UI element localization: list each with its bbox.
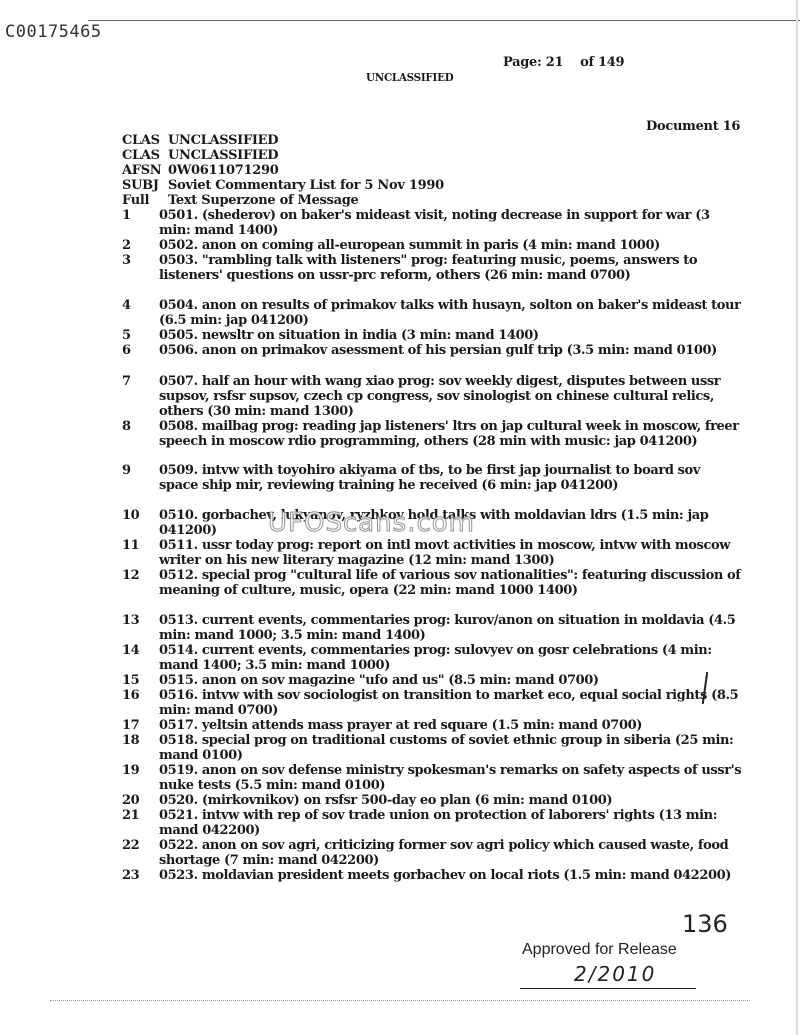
header-value: UNCLASSIFIED <box>168 133 278 148</box>
item-text: 0513. current events, commentaries prog:… <box>159 613 742 643</box>
list-item: 70507. half an hour with wang xiao prog:… <box>122 374 742 419</box>
list-item: 200520. (mirkovnikov) on rsfsr 500-day e… <box>122 793 742 808</box>
item-number: 6 <box>122 343 131 358</box>
list-item: 20502. anon on coming all-european summi… <box>122 238 742 253</box>
item-text: 0520. (mirkovnikov) on rsfsr 500-day eo … <box>159 793 742 808</box>
item-number: 21 <box>122 808 139 823</box>
header-value: UNCLASSIFIED <box>168 148 278 163</box>
item-number: 19 <box>122 763 139 778</box>
list-item: 130513. current events, commentaries pro… <box>122 613 742 643</box>
top-rule <box>88 20 800 22</box>
item-number: 15 <box>122 673 139 688</box>
list-item: 60506. anon on primakov asessment of his… <box>122 343 742 358</box>
page-number: Page: 21 of 149 <box>503 55 624 70</box>
list-item: 210521. intvw with rep of sov trade unio… <box>122 808 742 838</box>
item-text: 0519. anon on sov defense ministry spoke… <box>159 763 742 793</box>
item-number: 12 <box>122 568 139 583</box>
document-id: C00175465 <box>5 22 102 42</box>
scan-edge <box>796 0 798 1035</box>
list-item: 230523. moldavian president meets gorbac… <box>122 868 742 883</box>
list-item: 180518. special prog on traditional cust… <box>122 733 742 763</box>
list-item: 140514. current events, commentaries pro… <box>122 643 742 673</box>
list-item: 110511. ussr today prog: report on intl … <box>122 538 742 568</box>
item-text: 0502. anon on coming all-european summit… <box>159 238 742 253</box>
item-text: 0501. (shederov) on baker's mideast visi… <box>159 208 742 238</box>
item-number: 10 <box>122 508 139 523</box>
item-number: 7 <box>122 374 131 389</box>
item-text: 0516. intvw with sov sociologist on tran… <box>159 688 742 718</box>
release-stamp-date: 2/2010 <box>574 962 656 986</box>
header-value: Soviet Commentary List for 5 Nov 1990 <box>168 178 444 193</box>
item-text: 0515. anon on sov magazine "ufo and us" … <box>159 673 742 688</box>
classification-banner: UNCLASSIFIED <box>366 70 453 84</box>
header-key: AFSN <box>122 163 168 178</box>
list-item: 120512. special prog "cultural life of v… <box>122 568 742 598</box>
item-number: 13 <box>122 613 139 628</box>
list-item: 190519. anon on sov defense ministry spo… <box>122 763 742 793</box>
list-item: 150515. anon on sov magazine "ufo and us… <box>122 673 742 688</box>
item-number: 11 <box>122 538 139 553</box>
item-text: 0514. current events, commentaries prog:… <box>159 643 742 673</box>
header-field: AFSN0W0611071290 <box>122 163 279 178</box>
item-number: 3 <box>122 253 131 268</box>
item-number: 5 <box>122 328 131 343</box>
item-text: 0518. special prog on traditional custom… <box>159 733 742 763</box>
item-number: 8 <box>122 419 131 434</box>
item-text: 0523. moldavian president meets gorbache… <box>159 868 742 883</box>
header-field: FullText Superzone of Message <box>122 193 358 208</box>
handwritten-number: 136 <box>682 910 728 938</box>
item-text: 0508. mailbag prog: reading jap listener… <box>159 419 742 449</box>
item-number: 2 <box>122 238 131 253</box>
header-field: CLASUNCLASSIFIED <box>122 133 278 148</box>
header-value: Text Superzone of Message <box>168 193 358 208</box>
item-text: 0522. anon on sov agri, criticizing form… <box>159 838 742 868</box>
list-item: 220522. anon on sov agri, criticizing fo… <box>122 838 742 868</box>
item-text: 0511. ussr today prog: report on intl mo… <box>159 538 742 568</box>
item-text: 0521. intvw with rep of sov trade union … <box>159 808 742 838</box>
header-value: 0W0611071290 <box>168 163 279 178</box>
item-text: 0509. intvw with toyohiro akiyama of tbs… <box>159 463 742 493</box>
header-key: SUBJ <box>122 178 168 193</box>
item-number: 17 <box>122 718 139 733</box>
release-stamp-label: Approved for Release <box>522 941 677 959</box>
header-key: Full <box>122 193 168 208</box>
list-item: 50505. newsltr on situation in india (3 … <box>122 328 742 343</box>
item-number: 14 <box>122 643 139 658</box>
list-item: 170517. yeltsin attends mass prayer at r… <box>122 718 742 733</box>
item-number: 22 <box>122 838 139 853</box>
list-item: 160516. intvw with sov sociologist on tr… <box>122 688 742 718</box>
item-text: 0503. "rambling talk with listeners" pro… <box>159 253 742 283</box>
list-item: 80508. mailbag prog: reading jap listene… <box>122 419 742 449</box>
item-text: 0517. yeltsin attends mass prayer at red… <box>159 718 742 733</box>
item-number: 16 <box>122 688 139 703</box>
list-item: 40504. anon on results of primakov talks… <box>122 298 742 328</box>
document-number: Document 16 <box>646 119 740 134</box>
item-text: 0506. anon on primakov asessment of his … <box>159 343 742 358</box>
page-total: of 149 <box>580 55 624 70</box>
page-label: Page: 21 <box>503 55 563 70</box>
release-stamp-underline <box>520 988 696 989</box>
header-field: CLASUNCLASSIFIED <box>122 148 278 163</box>
item-number: 4 <box>122 298 131 313</box>
header-key: CLAS <box>122 133 168 148</box>
list-item: 30503. "rambling talk with listeners" pr… <box>122 253 742 283</box>
item-number: 1 <box>122 208 131 223</box>
item-text: 0504. anon on results of primakov talks … <box>159 298 742 328</box>
item-text: 0507. half an hour with wang xiao prog: … <box>159 374 742 419</box>
item-number: 9 <box>122 463 131 478</box>
item-number: 23 <box>122 868 139 883</box>
item-number: 20 <box>122 793 139 808</box>
item-text: 0505. newsltr on situation in india (3 m… <box>159 328 742 343</box>
item-text: 0512. special prog "cultural life of var… <box>159 568 742 598</box>
item-number: 18 <box>122 733 139 748</box>
header-field: SUBJSoviet Commentary List for 5 Nov 199… <box>122 178 444 193</box>
header-key: CLAS <box>122 148 168 163</box>
list-item: 10501. (shederov) on baker's mideast vis… <box>122 208 742 238</box>
list-item: 90509. intvw with toyohiro akiyama of tb… <box>122 463 742 493</box>
watermark: UFOScans.com <box>268 508 475 538</box>
bottom-scan-noise <box>50 1000 750 1002</box>
